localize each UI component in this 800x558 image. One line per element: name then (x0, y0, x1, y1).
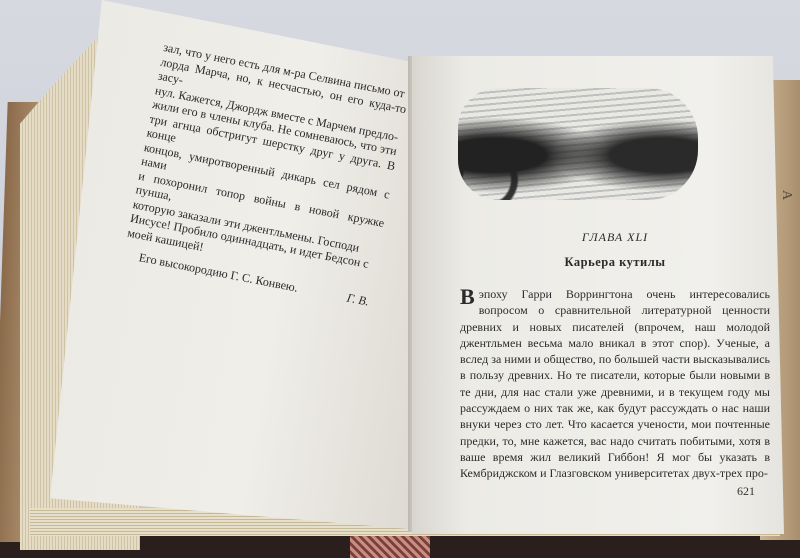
page-number: 621 (737, 484, 755, 499)
chapter-body: В эпоху Гарри Воррингтона очень интересо… (460, 286, 770, 482)
body-text: эпоху Гарри Воррингтона очень интересова… (460, 287, 770, 480)
right-page-text: ГЛАВА XLI Карьера кутилы В эпоху Гарри В… (460, 230, 770, 482)
chapter-heading: ГЛАВА XLI (460, 230, 770, 245)
drop-cap: В (460, 288, 475, 306)
spine-text: А (778, 190, 794, 200)
left-page-text: зал, что у него есть для м-ра Селвина пи… (122, 40, 410, 309)
bookmark-ribbon (350, 536, 430, 558)
engraving-illustration: engraving of figures with a carriage, ho… (458, 88, 698, 200)
chapter-title: Карьера кутилы (460, 255, 770, 270)
